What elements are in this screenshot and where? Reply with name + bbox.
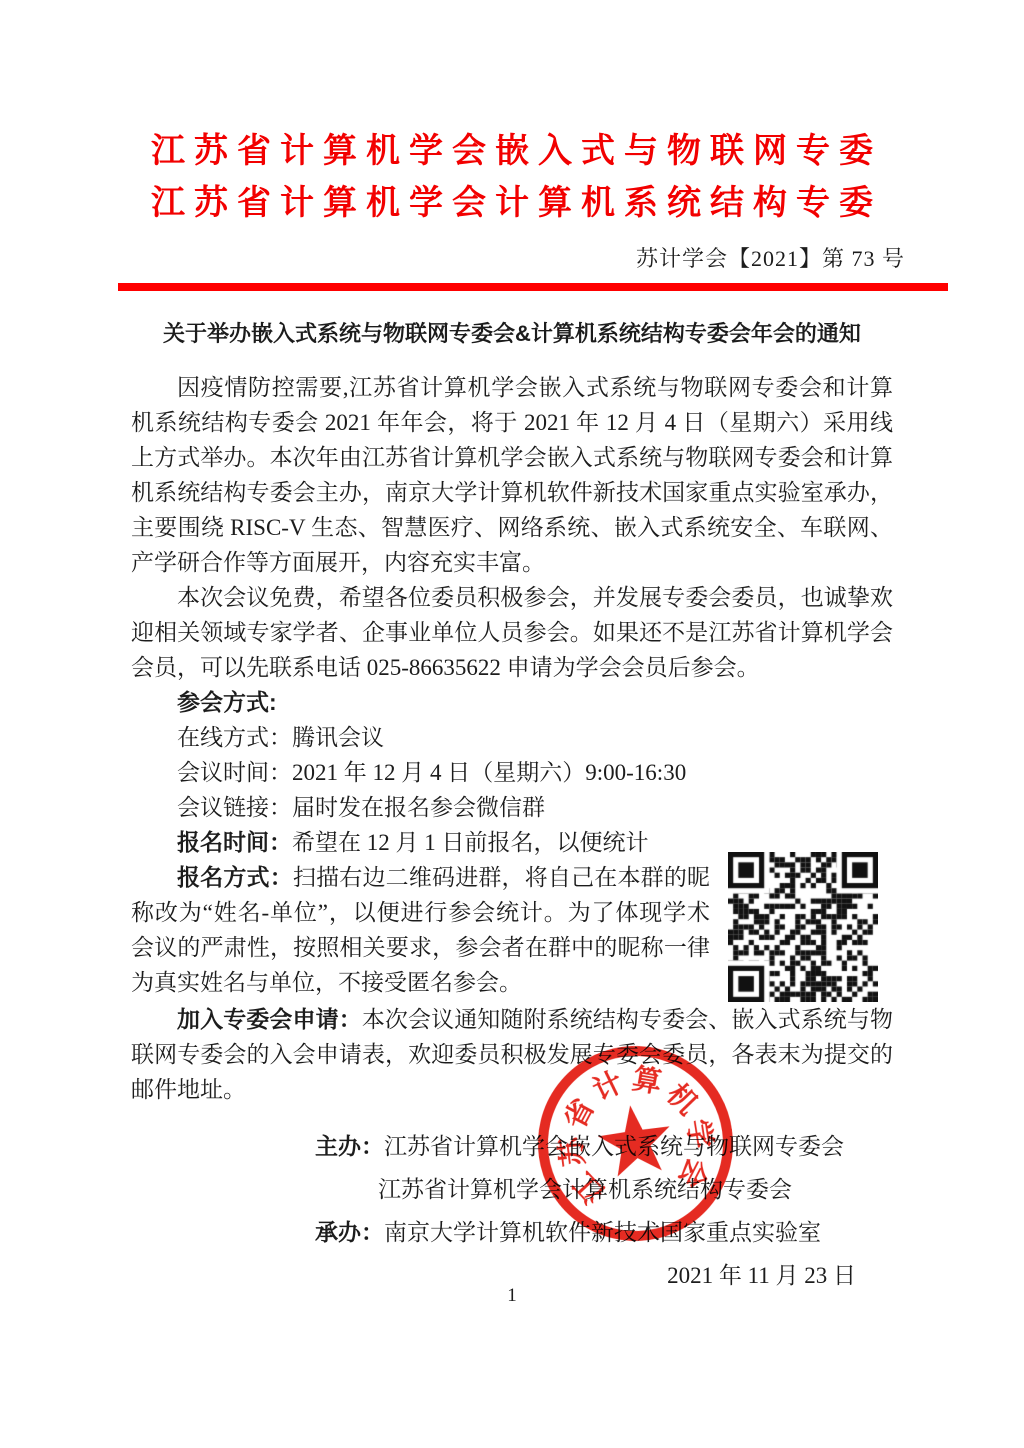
letterhead-title-line2: 江苏省计算机学会计算机系统结构专委: [0, 178, 1024, 230]
seal-text-char: 苏: [548, 1135, 592, 1169]
participation-section: 参会方式: 在线方式：腾讯会议 会议时间：2021 年 12 月 4 日（星期六…: [131, 685, 893, 860]
document-page: { "colors":{ "title_red":"#f20000", "rul…: [0, 0, 1024, 1448]
section-heading-participation: 参会方式:: [131, 685, 893, 720]
qr-code: [728, 852, 878, 1002]
paragraph-join-committee: 加入专委会申请：本次会议通知随附系统结构专委会、嵌入式系统与物联网专委会的入会申…: [131, 1002, 893, 1107]
official-seal: 江 苏 省 计 算 机 学 会: [525, 1033, 745, 1253]
page-number: 1: [0, 1285, 1024, 1307]
document-number: 苏计学会【2021】第 73 号: [0, 242, 1024, 273]
letterhead-title-line1: 江苏省计算机学会嵌入式与物联网专委: [0, 126, 1024, 178]
notice-body: 因疫情防控需要,江苏省计算机学会嵌入式系统与物联网专委会和计算机系统结构专委会 …: [131, 370, 893, 1107]
letterhead: 江苏省计算机学会嵌入式与物联网专委 江苏省计算机学会计算机系统结构专委 苏计学会…: [0, 0, 1024, 291]
paragraph-invitation: 本次会议免费，希望各位委员积极参会，并发展专委会委员，也诚挚欢迎相关领域专家学者…: [131, 580, 893, 685]
notice-title: 关于举办嵌入式系统与物联网专委会&计算机系统结构专委会年会的通知: [0, 317, 1024, 348]
list-item-meeting-time: 会议时间：2021 年 12 月 4 日（星期六）9:00-16:30: [131, 755, 893, 790]
paragraph-intro: 因疫情防控需要,江苏省计算机学会嵌入式系统与物联网专委会和计算机系统结构专委会 …: [131, 370, 893, 580]
list-item-meeting-link: 会议链接：届时发在报名参会微信群: [131, 790, 893, 825]
qr-code-container: [728, 852, 878, 1002]
list-item-online-method: 在线方式：腾讯会议: [131, 720, 893, 755]
seal-text-char: 学: [678, 1116, 723, 1151]
red-divider-rule: [118, 283, 948, 291]
